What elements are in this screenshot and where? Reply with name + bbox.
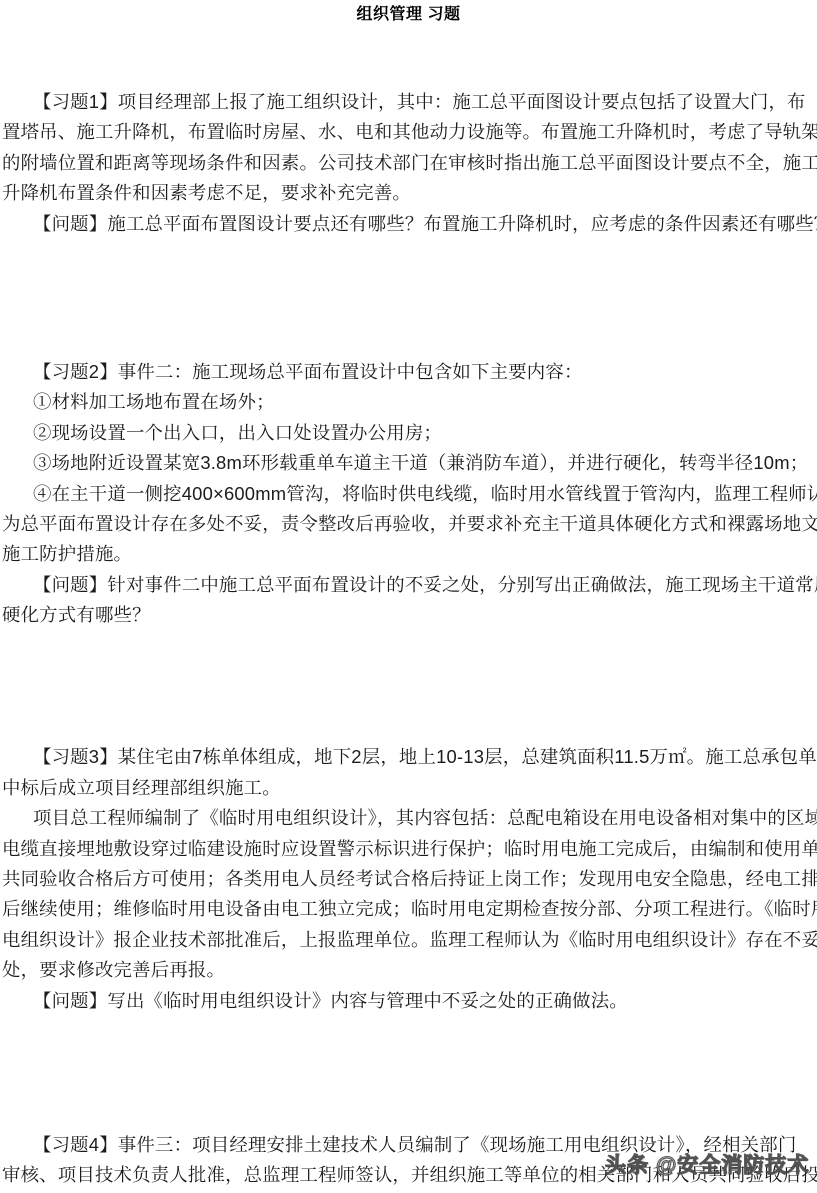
- page-title: 组织管理 习题: [0, 0, 817, 26]
- document-page: 组织管理 习题 【习题1】项目经理部上报了施工组织设计，其中：施工总平面图设计要…: [0, 0, 817, 1193]
- text-line: ①材料加工场地布置在场外；: [0, 387, 817, 417]
- text-line: 审核、项目技术负责人批准，总监理工程师签认，并组织施工等单位的相关部门和人员共同…: [0, 1160, 817, 1190]
- text-line: 【习题2】事件二：施工现场总平面布置设计中包含如下主要内容：: [0, 357, 817, 387]
- text-line: 施工防护措施。: [0, 539, 817, 569]
- exercise-section-1: 【习题1】项目经理部上报了施工组织设计，其中：施工总平面图设计要点包括了设置大门…: [0, 87, 817, 239]
- text-line: 为总平面布置设计存在多处不妥，责令整改后再验收，并要求补充主干道具体硬化方式和裸…: [0, 509, 817, 539]
- text-line: ②现场设置一个出入口，出入口处设置办公用房；: [0, 418, 817, 448]
- text-line: ③场地附近设置某宽3.8m环形载重单车道主干道（兼消防车道），并进行硬化，转弯半…: [0, 448, 817, 478]
- text-line: 【问题】施工总平面布置图设计要点还有哪些？布置施工升降机时，应考虑的条件因素还有…: [0, 209, 817, 239]
- text-line: 项目总工程师编制了《临时用电组织设计》，其内容包括：总配电箱设在用电设备相对集中…: [0, 803, 817, 833]
- text-line: 的附墙位置和距离等现场条件和因素。公司技术部门在审核时指出施工总平面图设计要点不…: [0, 148, 817, 178]
- text-line: 【习题4】事件三：项目经理安排土建技术人员编制了《现场施工用电组织设计》，经相关…: [0, 1130, 817, 1160]
- exercise-section-3: 【习题3】某住宅由7栋单体组成，地下2层，地上10-13层，总建筑面积11.5万…: [0, 742, 817, 1016]
- text-line: 升降机布置条件和因素考虑不足，要求补充完善。: [0, 178, 817, 208]
- text-line: 硬化方式有哪些？: [0, 600, 817, 630]
- text-line: 电组织设计》报企业技术部批准后，上报监理单位。监理工程师认为《临时用电组织设计》…: [0, 925, 817, 955]
- text-line: 置塔吊、施工升降机，布置临时房屋、水、电和其他动力设施等。布置施工升降机时，考虑…: [0, 117, 817, 147]
- text-line: 共同验收合格后方可使用；各类用电人员经考试合格后持证上岗工作；发现用电安全隐患，…: [0, 864, 817, 894]
- exercise-section-2: 【习题2】事件二：施工现场总平面布置设计中包含如下主要内容：①材料加工场地布置在…: [0, 357, 817, 631]
- text-line: 电缆直接埋地敷设穿过临建设施时应设置警示标识进行保护；临时用电施工完成后，由编制…: [0, 834, 817, 864]
- text-line: 【问题】写出《临时用电组织设计》内容与管理中不妥之处的正确做法。: [0, 986, 817, 1016]
- text-line: 后继续使用；维修临时用电设备由电工独立完成；临时用电定期检查按分部、分项工程进行…: [0, 894, 817, 924]
- text-line: 【习题1】项目经理部上报了施工组织设计，其中：施工总平面图设计要点包括了设置大门…: [0, 87, 817, 117]
- text-line: 中标后成立项目经理部组织施工。: [0, 773, 817, 803]
- text-line: 【习题3】某住宅由7栋单体组成，地下2层，地上10-13层，总建筑面积11.5万…: [0, 742, 817, 772]
- text-line: 【问题】针对事件二中施工总平面布置设计的不妥之处，分别写出正确做法，施工现场主干…: [0, 570, 817, 600]
- exercise-section-4: 【习题4】事件三：项目经理安排土建技术人员编制了《现场施工用电组织设计》，经相关…: [0, 1130, 817, 1191]
- text-line: ④在主干道一侧挖400×600mm管沟，将临时供电线缆，临时用水管线置于管沟内，…: [0, 479, 817, 509]
- text-line: 处，要求修改完善后再报。: [0, 955, 817, 985]
